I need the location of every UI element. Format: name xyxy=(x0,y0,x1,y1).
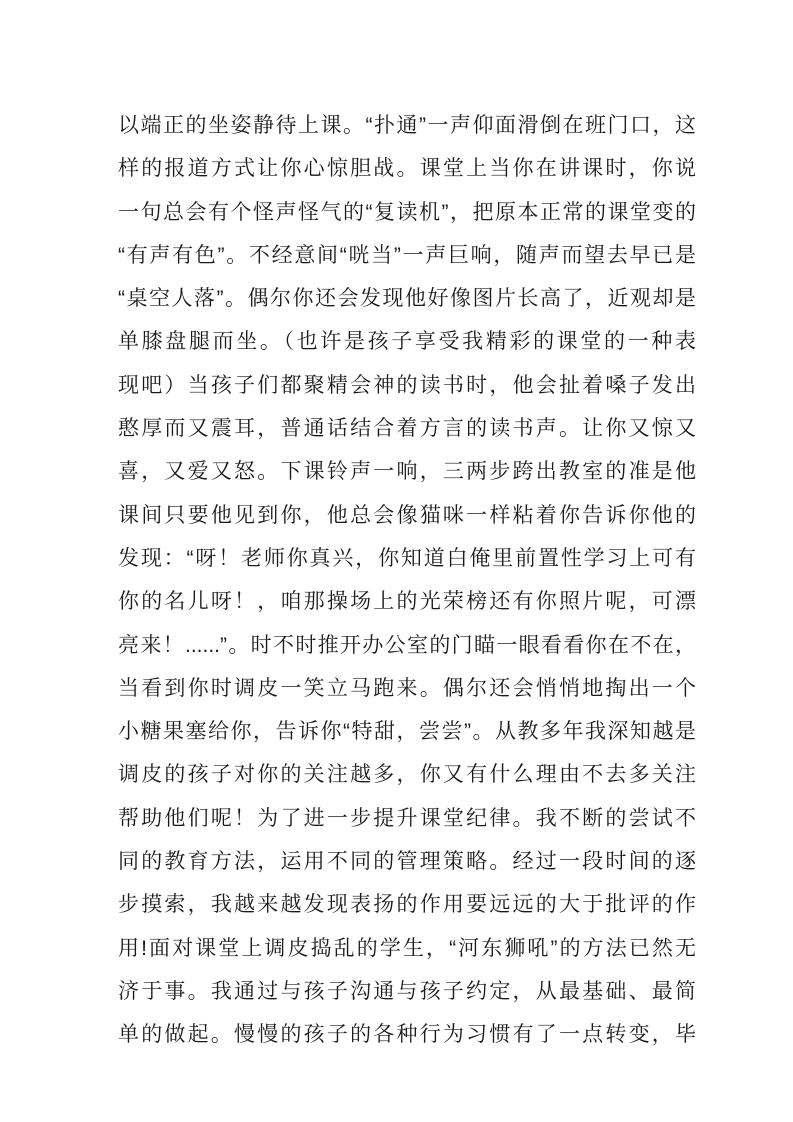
text-line: 调皮的孩子对你的关注越多，你又有什么理由不去多关注 xyxy=(118,753,696,796)
text-line: 喜，又爱又怒。下课铃声一响，三两步跨出教室的准是他 xyxy=(118,450,696,493)
text-line: 当看到你时调皮一笑立马跑来。偶尔还会悄悄地掏出一个 xyxy=(118,667,696,710)
text-line: 用!面对课堂上调皮捣乱的学生，“河东狮吼”的方法已然无 xyxy=(118,927,696,970)
text-line: 样的报道方式让你心惊胆战。课堂上当你在讲课时，你说 xyxy=(118,147,696,190)
document-page: 以端正的坐姿静待上课。“扑通”一声仰面滑倒在班门口，这 样的报道方式让你心惊胆战… xyxy=(0,0,793,1122)
text-line: 济于事。我通过与孩子沟通与孩子约定，从最基础、最简 xyxy=(118,970,696,1013)
text-line: 小糖果塞给你，告诉你“特甜，尝尝”。从教多年我深知越是 xyxy=(118,710,696,753)
text-line: 你的名儿呀！，咱那操场上的光荣榜还有你照片呢，可漂 xyxy=(118,580,696,623)
text-line: 帮助他们呢！为了进一步提升课堂纪律。我不断的尝试不 xyxy=(118,797,696,840)
text-line: 现吧）当孩子们都聚精会神的读书时，他会扯着嗓子发出 xyxy=(118,364,696,407)
text-line: 亮来！......”。时不时推开办公室的门瞄一眼看看你在不在， xyxy=(118,624,696,667)
text-line: 单膝盘腿而坐。（也许是孩子享受我精彩的课堂的一种表 xyxy=(118,320,696,363)
text-line: “桌空人落”。偶尔你还会发现他好像图片长高了，近观却是 xyxy=(118,277,696,320)
text-line: 发现：“呀！老师你真兴，你知道白俺里前置性学习上可有 xyxy=(118,537,696,580)
text-line: 同的教育方法，运用不同的管理策略。经过一段时间的逐 xyxy=(118,840,696,883)
text-line: 单的做起。慢慢的孩子的各种行为习惯有了一点转变，毕 xyxy=(118,1013,696,1056)
text-line: 以端正的坐姿静待上课。“扑通”一声仰面滑倒在班门口，这 xyxy=(118,104,696,147)
text-line: 课间只要他见到你，他总会像猫咪一样粘着你告诉你他的 xyxy=(118,494,696,537)
text-line: 憨厚而又震耳，普通话结合着方言的读书声。让你又惊又 xyxy=(118,407,696,450)
text-line: 步摸索，我越来越发现表扬的作用要远远的大于批评的作 xyxy=(118,883,696,926)
text-line: “有声有色”。不经意间“咣当”一声巨响，随声而望去早已是 xyxy=(118,234,696,277)
body-text: 以端正的坐姿静待上课。“扑通”一声仰面滑倒在班门口，这 样的报道方式让你心惊胆战… xyxy=(118,104,696,1057)
text-line: 一句总会有个怪声怪气的“复读机”，把原本正常的课堂变的 xyxy=(118,191,696,234)
